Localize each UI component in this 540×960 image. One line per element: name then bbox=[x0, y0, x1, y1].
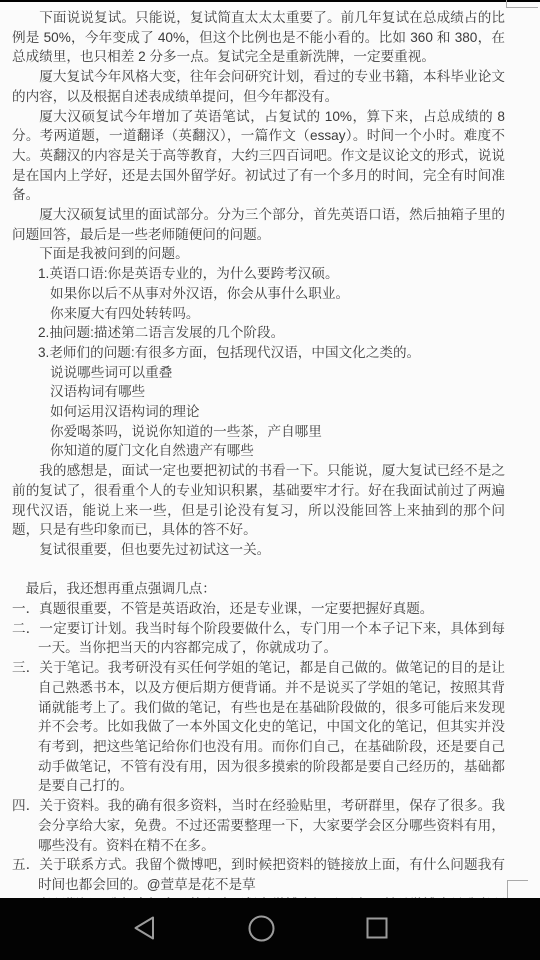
text-line: 如果你以后不从事对外汉语，你会从事什么职业。 bbox=[50, 284, 505, 304]
recents-square-icon bbox=[366, 917, 388, 939]
text-line: 如何运用汉语构词的理论 bbox=[50, 402, 505, 422]
text-line: 下面是我被问到的问题。 bbox=[12, 244, 505, 264]
text-line: 复试很重要，但也要先过初试这一关。 bbox=[12, 540, 505, 560]
text-line: 你知道的厦门文化自然遗产有哪些 bbox=[50, 441, 505, 461]
text-line: 厦大复试今年风格大变，往年会问研究计划，看过的专业书籍，本科毕业论文的内容，以及… bbox=[12, 67, 505, 106]
text-line: 最后，我还想再重点强调几点： bbox=[12, 579, 505, 599]
back-button[interactable] bbox=[120, 904, 168, 952]
text-line: 汉语构词有哪些 bbox=[50, 382, 505, 402]
text-line: 下面说说复试。只能说，复试简直太太太重要了。前几年复试在总成绩占的比例是 50%… bbox=[12, 8, 505, 67]
text-line: 五．关于联系方式。我留个微博吧，到时候把资料的链接放上面，有什么问题我有时间也都… bbox=[12, 855, 505, 894]
page-corner-bottom-right bbox=[507, 880, 528, 899]
text-line: 二．一定要订计划。我当时每个阶段要做什么，专门用一个本子记下来，具体到每一天。当… bbox=[12, 619, 505, 658]
phone-screen: 下面说说复试。只能说，复试简直太太太重要了。前几年复试在总成绩占的比例是 50%… bbox=[0, 0, 540, 960]
text-line: 四．关于资料。我的确有很多资料，当时在经验贴里，考研群里，保存了很多。我会分享给… bbox=[12, 796, 505, 855]
text-line: 我的感想是，面试一定也要把初试的书看一下。只能说，厦大复试已经不是之前的复试了，… bbox=[12, 461, 505, 540]
document-text: 下面说说复试。只能说，复试简直太太太重要了。前几年复试在总成绩占的比例是 50%… bbox=[0, 2, 505, 898]
text-line: 说说哪些词可以重叠 bbox=[50, 363, 505, 383]
text-line: 1.英语口语:你是英语专业的，为什么要跨考汉硕。 bbox=[38, 264, 505, 284]
text-line: 你来厦大有四处转转吗。 bbox=[50, 304, 505, 324]
text-line: 厦大汉硕复试今年增加了英语笔试，占复试的 10%，算下来，占总成绩的 8 分。考… bbox=[12, 107, 505, 206]
text-line: 厦大汉硕复试里的面试部分。分为三个部分，首先英语口语，然后抽箱子里的问题回答，最… bbox=[12, 205, 505, 244]
home-button[interactable] bbox=[237, 904, 285, 952]
recents-button[interactable] bbox=[353, 904, 401, 952]
home-circle-icon bbox=[248, 915, 275, 942]
text-line: 你爱喝茶吗，说说你知道的一些茶，产自哪里 bbox=[50, 422, 505, 442]
text-line: 一．真题很重要，不管是英语政治，还是专业课，一定要把握好真题。 bbox=[12, 599, 505, 619]
text-line: 2.抽问题:描述第二语言发展的几个阶段。 bbox=[38, 323, 505, 343]
document-page[interactable]: 下面说说复试。只能说，复试简直太太太重要了。前几年复试在总成绩占的比例是 50%… bbox=[0, 2, 540, 898]
page-corner-top-right bbox=[506, 0, 538, 8]
text-line: 三．关于笔记。我考研没有买任何学姐的笔记，都是自己做的。做笔记的目的是让自己熟悉… bbox=[12, 658, 505, 796]
android-navigation-bar bbox=[0, 898, 540, 960]
blank-line bbox=[12, 560, 505, 580]
back-triangle-icon bbox=[133, 915, 155, 941]
text-line: 3.老师们的问题:有很多方面，包括现代汉语，中国文化之类的。 bbox=[38, 343, 505, 363]
